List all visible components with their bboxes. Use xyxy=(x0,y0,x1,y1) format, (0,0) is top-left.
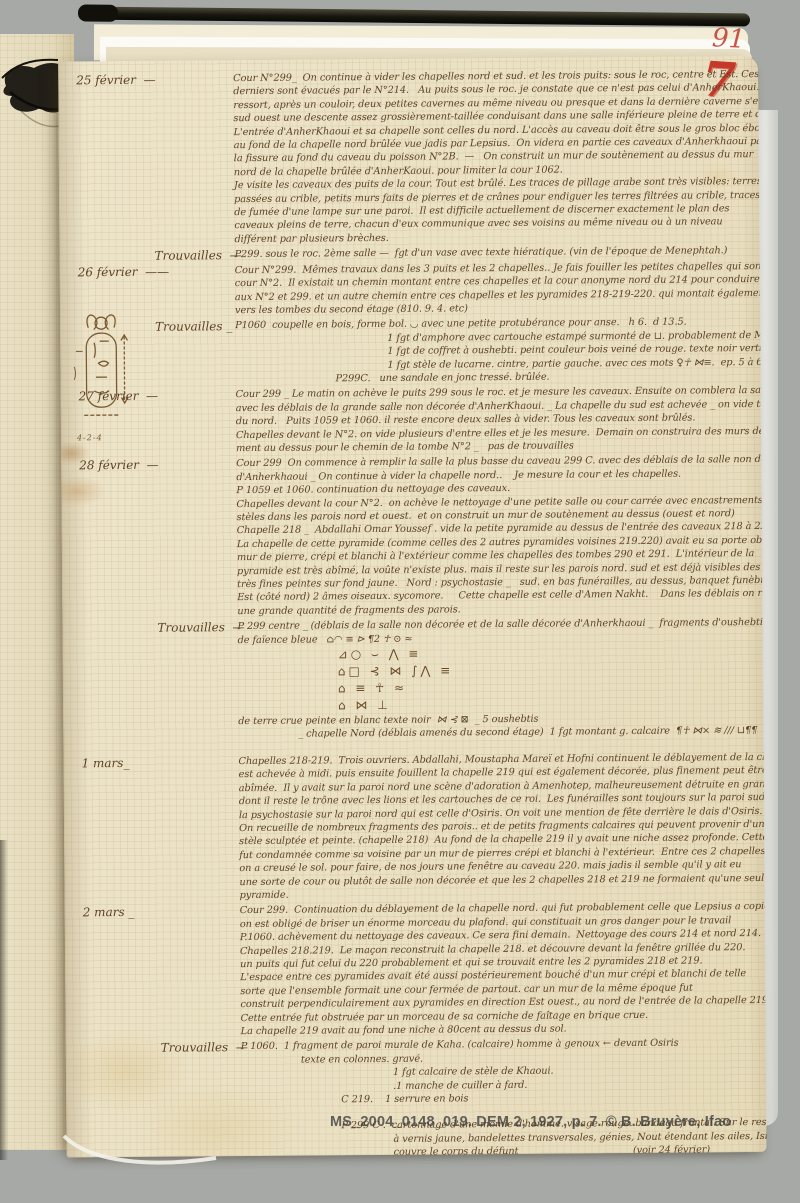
journal-line: C 219. 1 serrure en bois xyxy=(241,1090,766,1108)
entry-body: P 1060. 1 fragment de paroi murale de Ka… xyxy=(241,1036,767,1107)
previous-page-number: 91 xyxy=(711,23,746,55)
entry-body: P1060 coupelle en bois, forme bol. ◡ ave… xyxy=(235,315,761,386)
journal-entry: Trouvailles —P 1060. 1 fragment de paroi… xyxy=(66,1036,767,1109)
entry-margin-label: 2 mars _ xyxy=(83,905,135,919)
journal-entries: 25 février —Cour N°299_ On continue à vi… xyxy=(58,66,767,1157)
entry-margin-label: 26 février —— xyxy=(78,264,170,279)
journal-page: 7 4-2-4 25 février —Cour N°299_ On conti… xyxy=(58,56,767,1157)
journal-entry: 26 février ——Cour N°299. Mêmes travaux d… xyxy=(60,260,760,319)
entry-margin-label: Trouvailles — xyxy=(161,1040,248,1055)
entry-margin-label: Trouvailles — xyxy=(157,620,244,635)
journal-entry: Trouvailles _P1060 coupelle en bois, for… xyxy=(60,315,761,388)
entry-body: Chapelles 218-219. Trois ouvriers. Abdal… xyxy=(238,751,764,903)
journal-line: P299C. une sandale en jonc tressé. brûlé… xyxy=(235,369,760,387)
journal-line: vers les tombes du second étage (810. 9.… xyxy=(235,300,760,318)
journal-entry: 25 février —Cour N°299_ On continue à vi… xyxy=(58,68,759,248)
journal-entry: Trouvailles —P 299 centre _ (déblais de … xyxy=(62,616,763,743)
journal-line: _ chapelle Nord (déblais amenés du secon… xyxy=(238,724,763,742)
journal-line: La chapelle 219 avait au fond une niche … xyxy=(241,1021,766,1039)
book-edge-shadow xyxy=(0,840,8,1160)
entry-margin-label: Trouvailles _ xyxy=(155,319,232,334)
entry-body: Cour N°299. Mêmes travaux dans les 3 pui… xyxy=(235,260,760,318)
journal-line: P299. sous le roc. 2ème salle — fgt d'un… xyxy=(234,244,759,262)
entry-body: Cour N°299_ On continue à vider les chap… xyxy=(233,68,759,246)
journal-entry: 1 mars_Chapelles 218-219. Trois ouvriers… xyxy=(63,751,764,904)
journal-line: ment au dessus pour le chemin de la tomb… xyxy=(236,438,761,456)
entry-body: Cour 299. Continuation du déblayement de… xyxy=(240,900,766,1038)
journal-entry: 2 mars _Cour 299. Continuation du déblay… xyxy=(65,900,766,1040)
entry-margin-label: 27 février — xyxy=(79,389,159,404)
entry-margin-label: 25 février — xyxy=(76,73,156,88)
journal-line: différent par plusieurs brèches. xyxy=(234,229,759,247)
binding-rod xyxy=(84,7,750,27)
journal-entry: 28 février —Cour 299 On commence à rempl… xyxy=(61,453,762,619)
entry-body: Cour 299 _ Le matin on achève le puits 2… xyxy=(236,384,762,455)
entry-margin-label: Trouvailles — xyxy=(154,248,241,263)
entry-margin-label: 1 mars_ xyxy=(81,756,129,770)
archive-watermark: MS_2004_0148_019. DEM 2, 1927, p. 7. © B… xyxy=(330,1114,731,1130)
journal-entry: 27 février —Cour 299 _ Le matin on achèv… xyxy=(61,384,762,457)
entry-margin-label: 28 février — xyxy=(79,458,159,473)
entry-body: P299. sous le roc. 2ème salle — fgt d'un… xyxy=(234,244,759,262)
page-curl-icon xyxy=(60,1128,220,1172)
entry-body: P 299 centre _ (déblais de la salle non … xyxy=(237,616,763,742)
entry-body: Cour 299 On commence à remplir la salle … xyxy=(236,453,762,618)
